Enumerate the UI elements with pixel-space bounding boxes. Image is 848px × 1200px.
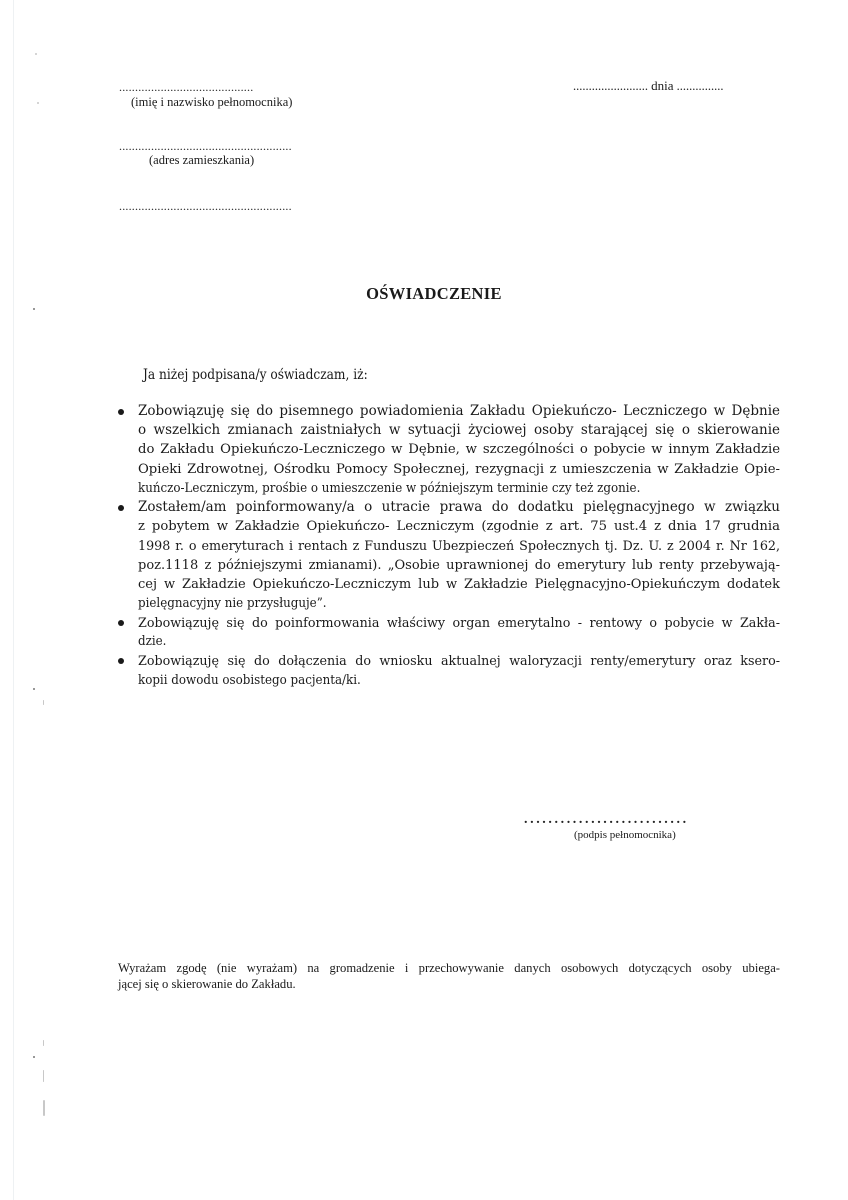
place-field-line[interactable]: ........................	[573, 79, 648, 93]
statement-line: z pobytem w Zakładzie Opiekuńczo- Leczni…	[138, 517, 780, 536]
statement-line: Zobowiązuję się do pisemnego powiadomien…	[138, 402, 780, 421]
statement-line: do Zakładu Opiekuńczo-Leczniczego w Dębn…	[138, 440, 780, 459]
consent-paragraph: Wyrażam zgodę (nie wyrażam) na gromadzen…	[118, 960, 780, 992]
statement-1: Zobowiązuję się do pisemnego powiadomien…	[118, 402, 780, 498]
statement-line: kopii dowodu osobistego pacjenta/ki.	[138, 671, 716, 690]
scan-speck	[43, 1040, 44, 1046]
statement-line: cej w Zakładzie Opiekuńczo-Leczniczym lu…	[138, 575, 780, 594]
bullet-icon	[118, 620, 124, 626]
bullet-icon	[118, 409, 124, 415]
consent-line: jącej się o skierowanie do Zakładu.	[118, 976, 780, 992]
scan-speck	[35, 53, 37, 55]
scan-speck	[33, 308, 35, 310]
scan-speck	[33, 1056, 35, 1058]
statement-line: poz.1118 z późniejszymi zmianami). „Osob…	[138, 556, 780, 575]
bullet-icon	[118, 658, 124, 664]
date-field-line[interactable]: ...............	[677, 79, 724, 93]
scan-speck	[43, 700, 44, 705]
signature-line[interactable]: ...........................	[524, 812, 689, 828]
statement-list: Zobowiązuję się do pisemnego powiadomien…	[118, 402, 780, 690]
statement-line: Zostałem/am poinformowany/a o utracie pr…	[138, 498, 780, 517]
date-field: ........................ dnia ..........…	[573, 79, 724, 93]
address-field-label: (adres zamieszkania)	[149, 153, 254, 167]
intro-text: Ja niżej podpisana/y oświadczam, iż:	[143, 367, 368, 383]
statement-line: Zobowiązuję się do dołączenia do wniosku…	[138, 651, 780, 670]
consent-line: Wyrażam zgodę (nie wyrażam) na gromadzen…	[118, 960, 780, 976]
statement-4: Zobowiązuję się do dołączenia do wniosku…	[118, 651, 780, 689]
name-field-line[interactable]: ........................................…	[119, 81, 253, 93]
scan-speck	[43, 1070, 44, 1082]
statement-line: 1998 r. o emeryturach i rentach z Fundus…	[138, 536, 780, 555]
statement-2: Zostałem/am poinformowany/a o utracie pr…	[118, 498, 780, 613]
scan-speck	[37, 102, 39, 104]
statement-line: Zobowiązuję się do poinformowania właści…	[138, 613, 780, 632]
page-edge	[13, 0, 14, 1200]
scan-speck	[33, 688, 35, 690]
name-field-label: (imię i nazwisko pełnomocnika)	[131, 95, 292, 109]
bullet-icon	[118, 505, 124, 511]
address-field-line[interactable]: ........................................…	[119, 140, 292, 152]
statement-line: o wszelkich zmianach zaistniałych w sytu…	[138, 421, 780, 440]
date-word: dnia	[651, 78, 673, 93]
statement-line: Opieki Zdrowotnej, Ośrodku Pomocy Społec…	[138, 460, 780, 479]
signature-label: (podpis pełnomocnika)	[574, 829, 676, 841]
statement-line: pielęgnacyjny nie przysługuje”.	[138, 594, 716, 613]
document-title: OŚWIADCZENIE	[0, 284, 848, 304]
statement-line: kuńczo-Leczniczym, prośbie o umieszczeni…	[138, 479, 716, 498]
address-line2[interactable]: ........................................…	[119, 200, 292, 212]
statement-3: Zobowiązuję się do poinformowania właści…	[118, 613, 780, 651]
statement-line: dzie.	[138, 632, 716, 651]
scan-speck	[43, 1100, 45, 1116]
